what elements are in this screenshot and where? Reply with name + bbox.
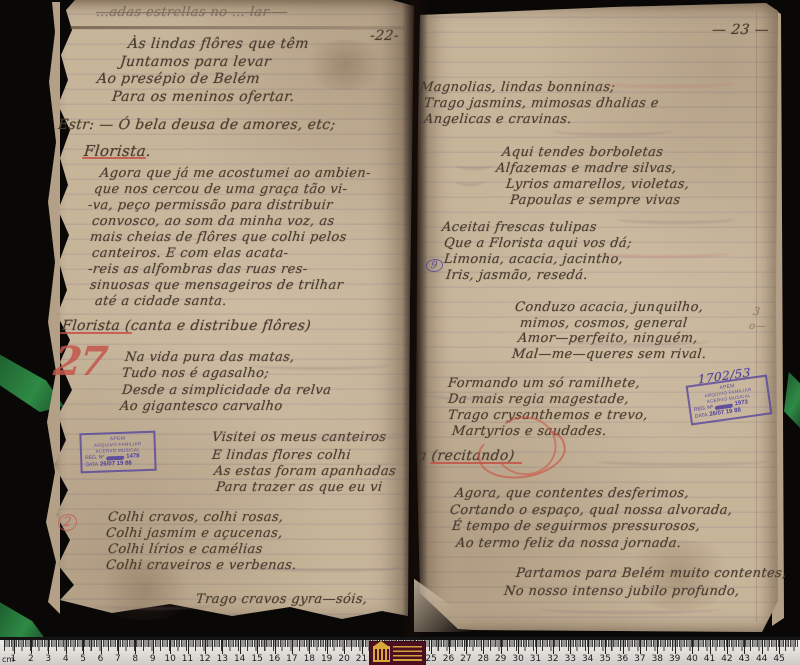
ruler-cm-number: 26 <box>443 654 454 664</box>
ruler-cm-number: 1 <box>11 654 17 664</box>
manuscript-line: Ao termo feliz da nossa jornada. <box>455 536 682 551</box>
ruler-cm-number: 6 <box>98 654 104 664</box>
ruler-cm-tick <box>762 640 763 654</box>
manuscript-line: o— <box>748 321 766 332</box>
ruler-cm-tick <box>449 640 450 654</box>
ruler-cm-number: 28 <box>478 654 489 664</box>
ruler-cm-tick <box>48 640 49 654</box>
torn-edge-crease <box>70 26 405 29</box>
manuscript-line: -va, peço permissão para distribuir <box>87 198 333 213</box>
ruler-cm-number: 33 <box>565 654 576 664</box>
ruler-cm-tick <box>431 640 432 654</box>
manuscript-line: Trago crysanthemos e trevo, <box>447 408 648 423</box>
ruler-cm-tick <box>275 640 276 654</box>
ruler-cm-tick <box>501 640 502 654</box>
ruler-cm-tick <box>640 640 641 654</box>
ink-bleed-ghost <box>552 126 672 136</box>
ruler-cm-number: 41 <box>704 654 715 664</box>
manuscript-line: Ao presépio de Belém <box>96 71 261 87</box>
manuscript-line: 3 <box>752 305 761 318</box>
ruler-cm-tick <box>362 640 363 654</box>
ruler-cm-number: 18 <box>304 654 315 664</box>
green-cloth-edge-right <box>784 372 800 428</box>
stamp-date-value: 26/07 19 88 <box>100 461 132 469</box>
manuscript-line: …adas estrellas no … lar — <box>95 5 288 20</box>
ruler-cm-tick <box>518 640 519 654</box>
manuscript-line: Às lindas flôres que têm <box>127 36 310 52</box>
archive-stamp-left: APEM ARQUIVO FAMILIAR ACERVO MUSICAL REG… <box>79 431 156 474</box>
manuscript-line: Alfazemas e madre silvas, <box>495 161 677 176</box>
manuscript-line: Magnolias, lindas bonninas; <box>419 80 616 95</box>
manuscript-line: Ao gigantesco carvalho <box>119 399 283 414</box>
ink-bleed-ghost <box>540 604 720 614</box>
manuscript-line: Para trazer as que eu vi <box>215 480 383 495</box>
ink-bleed-ghost <box>560 336 710 346</box>
ruler-cm-tick <box>744 640 745 654</box>
manuscript-line: Iris, jasmão, resedá. <box>445 268 589 283</box>
manuscript-line: Partamos para Belém muito contentes, <box>515 566 787 581</box>
ruler-cm-number: 44 <box>756 654 767 664</box>
ruler-cm-tick <box>135 640 136 654</box>
manuscript-line: Aceitai frescas tulipas <box>441 220 597 235</box>
ruler-cm-number: 2 <box>28 654 34 664</box>
ruler-cm-tick <box>240 640 241 654</box>
ruler-cm-tick <box>118 640 119 654</box>
manuscript-line: Para os meninos ofertar. <box>111 89 295 105</box>
ruler-cm-number: 38 <box>652 654 663 664</box>
manuscript-line: As estas foram apanhadas <box>213 464 397 479</box>
crossed-out-number <box>106 455 125 460</box>
ruler-cm-number: 9 <box>150 654 156 664</box>
ruler-cm-number: 16 <box>269 654 280 664</box>
ruler-cm-number: 14 <box>234 654 245 664</box>
stamp-date-label: DATA <box>695 412 708 421</box>
ruler-cm-number: 37 <box>634 654 645 664</box>
manuscript-line: Tudo nos é agasalho; <box>121 366 270 381</box>
ruler-cm-number: 42 <box>721 654 732 664</box>
page-number-right: — 23 — <box>711 22 770 38</box>
manuscript-line: Agora que já me acostumei ao ambien- <box>99 166 371 181</box>
ruler-cm-number: 36 <box>617 654 628 664</box>
ruler-cm-tick <box>14 640 15 654</box>
ruler-cm-tick <box>657 640 658 654</box>
ink-bleed-ghost <box>250 360 390 370</box>
stamp-reg-number: 1478 <box>126 453 140 460</box>
ruler-cm-tick <box>205 640 206 654</box>
manuscript-line: canteiros. E com elas acata- <box>91 246 289 261</box>
ruler-cm-tick <box>222 640 223 654</box>
ruler-cm-tick <box>292 640 293 654</box>
ruler-cm-number: 27 <box>460 654 471 664</box>
red-underline <box>60 332 132 334</box>
ruler-cm-tick <box>588 640 589 654</box>
ink-bleed-ghost <box>455 176 485 186</box>
manuscript-line: Colhi lírios e camélias <box>107 542 263 557</box>
ruler-cm-number: 29 <box>495 654 506 664</box>
manuscript-line: Formando um só ramilhete, <box>447 376 641 391</box>
manuscript-line: Juntamos para levar <box>119 54 272 70</box>
ruler-cm-number: 19 <box>321 654 332 664</box>
ruler-cm-number: 30 <box>512 654 523 664</box>
ruler-cm-number: 35 <box>599 654 610 664</box>
manuscript-line: até a cidade santa. <box>94 294 227 309</box>
ink-bleed-ghost <box>616 214 736 224</box>
ruler-cm-tick <box>257 640 258 654</box>
ruler-cm-tick <box>623 640 624 654</box>
manuscript-line: que nos cercou de uma graça tão vi- <box>93 182 348 197</box>
ruler-cm-tick <box>66 640 67 654</box>
manuscript-line: Colhi jasmim e açucenas, <box>105 526 283 541</box>
ruler-cm-number: 12 <box>199 654 210 664</box>
ruler-cm-number: 20 <box>338 654 349 664</box>
manuscript-line: Papoulas e sempre vivas <box>509 193 681 208</box>
manuscript-line: Aqui tendes borboletas <box>501 145 664 160</box>
manuscript-line: Desde a simplicidade da relva <box>121 383 332 398</box>
manuscript-line: Limonia, acacia, jacintho, <box>443 252 624 267</box>
ruler-cm-tick <box>605 640 606 654</box>
ruler-cm-number: 17 <box>286 654 297 664</box>
ink-bleed-ghost <box>596 248 731 258</box>
ruler-cm-number: 31 <box>530 654 541 664</box>
red-underline <box>82 157 146 159</box>
ruler-cm-number: 4 <box>63 654 69 664</box>
ink-bleed-ghost <box>596 456 771 466</box>
manuscript-line: convosco, ao som da minha voz, as <box>91 214 335 229</box>
page-number-left: -22- <box>369 28 400 44</box>
ruler-cm-tick <box>692 640 693 654</box>
ink-bleed-ghost <box>430 390 490 400</box>
ruler-cm-number: 21 <box>356 654 367 664</box>
manuscript-line: Angelicas e cravinas. <box>423 112 572 127</box>
logo-text-lines <box>393 646 422 662</box>
manuscript-line: Conduzo acacia, junquilho, <box>514 300 704 315</box>
manuscript-line: Estr: — Ó bela deusa de amores, etc; <box>57 117 336 133</box>
ruler-cm-number: 40 <box>686 654 697 664</box>
manuscript-line: mais cheias de flôres que colhi pelos <box>89 230 347 245</box>
manuscript-line: Trago cravos gyra—sóis, <box>195 592 368 607</box>
ruler-cm-tick <box>101 640 102 654</box>
ruler-cm-number: 13 <box>217 654 228 664</box>
manuscript-line: sinuosas que mensageiros de trilhar <box>89 278 344 293</box>
manuscript-line: -reis as alfombras das ruas res- <box>87 262 308 277</box>
ruler-cm-tick <box>309 640 310 654</box>
ruler-cm-number: 3 <box>45 654 51 664</box>
ruler-cm-number: 7 <box>115 654 121 664</box>
ruler-cm-number: 32 <box>547 654 558 664</box>
ruler-cm-number: 11 <box>182 654 193 664</box>
ink-bleed-ghost <box>95 600 215 610</box>
ruler-cm-tick <box>344 640 345 654</box>
ruler-cm-tick <box>570 640 571 654</box>
ruler-cm-number: 43 <box>739 654 750 664</box>
ruler-cm-tick <box>710 640 711 654</box>
manuscript-line: Colhi cravos, colhi rosas, <box>107 510 284 525</box>
institution-logo <box>369 641 426 665</box>
manuscript-line: mimos, cosmos, general <box>519 316 688 331</box>
ruler-cm-number: 5 <box>80 654 86 664</box>
manuscript-line: 27 <box>52 338 109 385</box>
ink-bleed-ghost <box>255 562 405 572</box>
manuscript-line: Agora, que contentes desferimos, <box>454 486 690 501</box>
ruler-cm-number: 34 <box>582 654 593 664</box>
ruler-cm-tick <box>153 640 154 654</box>
ink-bleed-ghost <box>600 78 735 88</box>
ruler-cm-tick <box>83 640 84 654</box>
paper-stain <box>300 40 390 90</box>
ruler-cm-number: 25 <box>425 654 436 664</box>
ink-bleed-ghost <box>455 160 493 170</box>
ruler-cm-number: 10 <box>164 654 175 664</box>
manuscript-line: É tempo de seguirmos pressurosos, <box>451 519 701 534</box>
ruler-cm-number: 45 <box>773 654 784 664</box>
ruler-cm-tick <box>188 640 189 654</box>
ink-bleed-ghost <box>295 430 410 440</box>
manuscript-line: E lindas flores colhi <box>211 448 351 463</box>
stamp-date-label: DATA <box>85 462 98 469</box>
manuscript-line: Que a Florista aqui vos dá; <box>443 236 632 251</box>
ruler-cm-number: 8 <box>132 654 138 664</box>
manuscript-line: Mal—me—queres sem rival. <box>511 347 707 362</box>
building-icon <box>373 646 390 662</box>
ruler-cm-tick <box>675 640 676 654</box>
ruler-cm-tick <box>536 640 537 654</box>
ruler-cm-tick <box>483 640 484 654</box>
ruler-cm-tick <box>727 640 728 654</box>
ruler-cm-number: 15 <box>251 654 262 664</box>
green-cloth-edge-bottom-left <box>0 598 46 640</box>
manuscript-line: Lyrios amarellos, violetas, <box>505 177 690 192</box>
ruler-cm-number: 39 <box>669 654 680 664</box>
scanned-manuscript-photo: -22- — 23 — APEM ARQUIVO FAMILIAR ACERVO… <box>0 0 800 665</box>
ruler-cm-tick <box>327 640 328 654</box>
ruler-cm-tick <box>170 640 171 654</box>
measurement-ruler: cm 1234567891011121314151617181920212223… <box>0 637 800 665</box>
manuscript-line: Cortando o espaço, qual nossa alvorada, <box>449 503 733 518</box>
ruler-cm-tick <box>553 640 554 654</box>
manuscript-line: Trago jasmins, mimosas dhalias e <box>423 96 659 111</box>
ruler-cm-tick <box>779 640 780 654</box>
manuscript-line: No nosso intenso jubilo profundo, <box>503 584 740 599</box>
ruler-cm-tick <box>466 640 467 654</box>
ruler-cm-tick <box>31 640 32 654</box>
